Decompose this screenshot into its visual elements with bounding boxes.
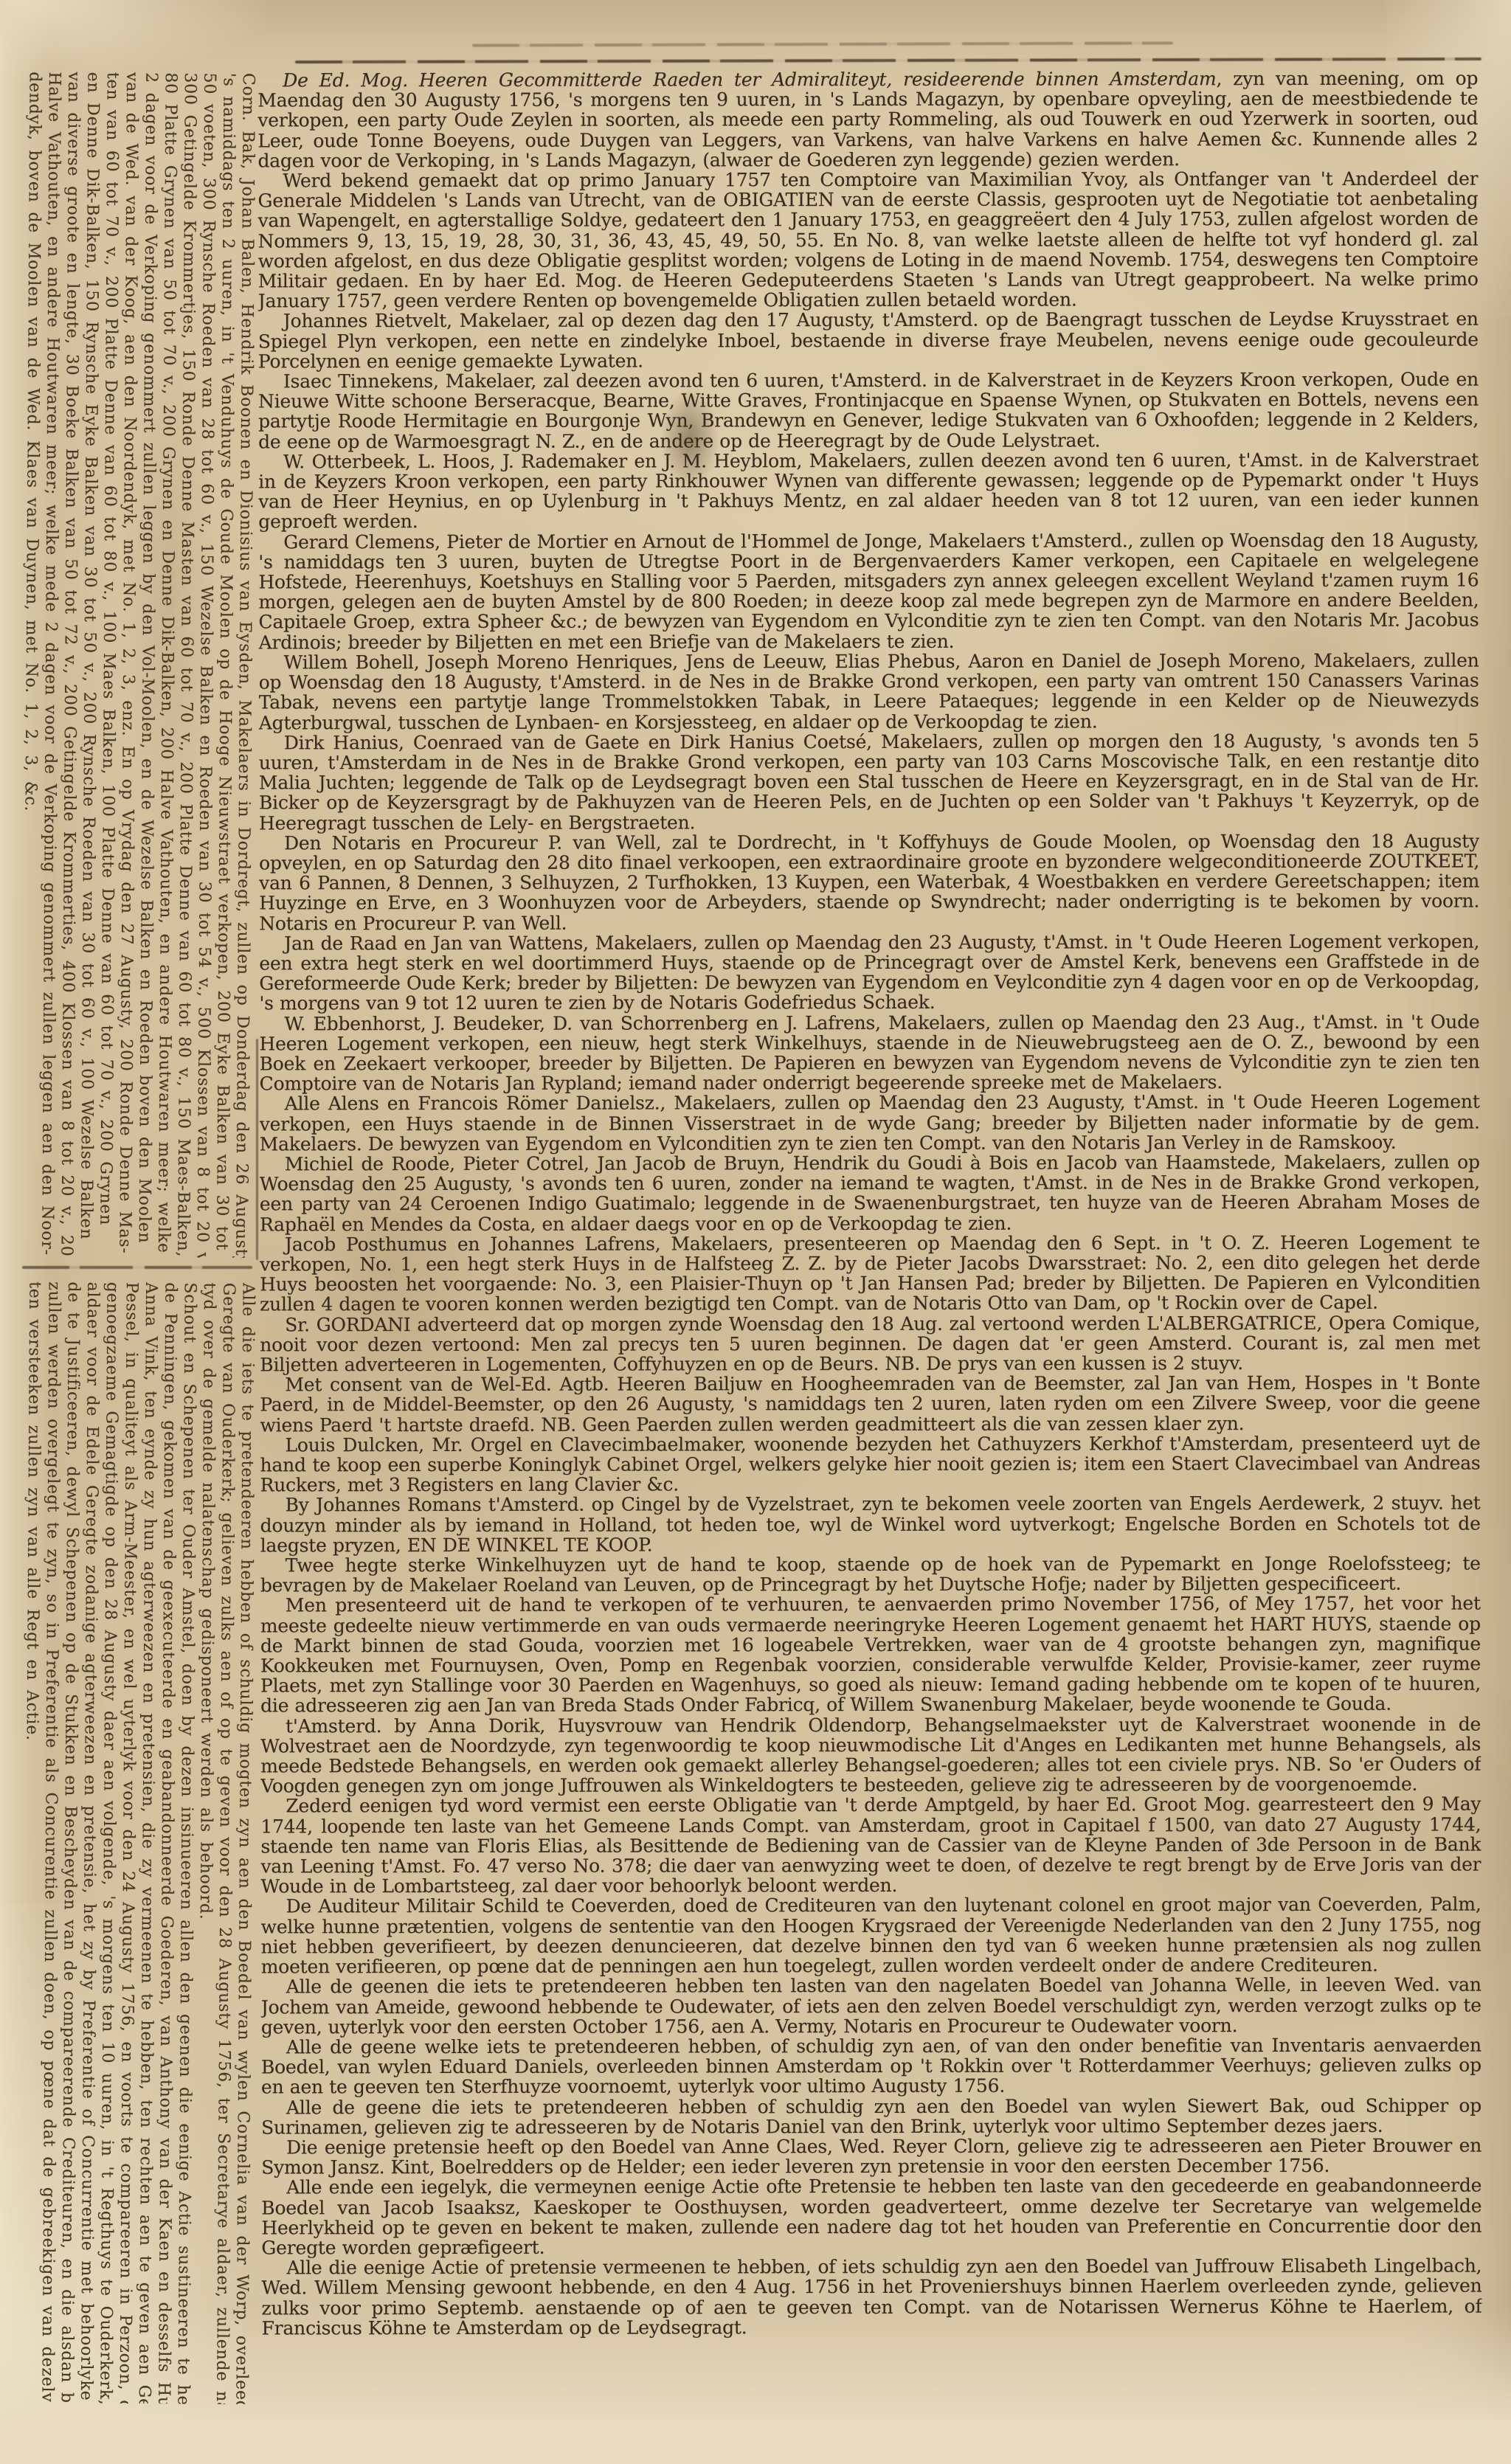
paragraph: Sr. GORDANI adverteerd dat op morgen zyn…	[260, 1312, 1480, 1374]
paragraph: Zederd eenigen tyd word vermist een eers…	[260, 1794, 1481, 1897]
paragraph: Alle Alens en Francois Römer Danielsz., …	[260, 1092, 1480, 1154]
paper-blank-corner-top-left	[0, 0, 266, 81]
paragraph: By Johannes Romans t'Amsterd. op Cingel …	[260, 1493, 1481, 1555]
paragraph: De Auditeur Militair Schild te Coeverden…	[261, 1894, 1481, 1977]
paragraph: Alle ende een iegelyk, die vermeynen een…	[261, 2176, 1481, 2258]
paragraph: Den Notaris en Procureur P. van Well, za…	[259, 831, 1479, 933]
top-border-line-faint	[472, 41, 1173, 46]
paragraph: W. Otterbeek, L. Hoos, J. Rademaker en J…	[258, 449, 1479, 532]
paragraph: Alle de geene die iets te pretendeeren h…	[261, 2095, 1481, 2137]
paragraph: t'Amsterd. by Anna Dorik, Huysvrouw van …	[260, 1714, 1481, 1796]
paragraph: Twee hegte sterke Winkelhuyzen uyt de ha…	[260, 1554, 1481, 1596]
paragraph: Alle de geenen die iets te pretendeeren …	[261, 1975, 1481, 2037]
paragraph: Alle die eenige Actie of pretensie verme…	[261, 2256, 1481, 2339]
paragraph: Gerard Clemens, Pieter de Mortier en Arn…	[258, 530, 1479, 652]
top-border-line	[295, 58, 1481, 63]
paragraph: Men presenteerd uit de hand te verkopen …	[260, 1593, 1481, 1716]
paragraph: Dirk Hanius, Coenraed van de Gaete en Di…	[259, 730, 1479, 833]
paragraph: Alle de geene welke iets te pretendeeren…	[261, 2035, 1481, 2097]
paragraph: Werd bekend gemaekt dat op primo January…	[257, 169, 1478, 311]
paragraph: Jan de Raad en Jan van Wattens, Makelaer…	[259, 931, 1479, 1014]
paragraph: Louis Dulcken, Mr. Orgel en Clavecimbael…	[260, 1433, 1480, 1495]
main-text-column: De Ed. Mog. Heeren Gecommitterde Raeden …	[257, 69, 1482, 2417]
paragraph: Johannes Rietvelt, Makelaer, zal op deze…	[258, 309, 1479, 371]
newspaper-scan-page: { "colors": { "paper": "#d3c09e", "paper…	[0, 0, 1511, 2464]
newspaper-sheet: Corn. Bak, Johan Balen, Hendrik Boonen e…	[0, 0, 1511, 2464]
paragraph: Die eenige pretensie heeft op den Boedel…	[261, 2135, 1481, 2177]
paragraph: Jacob Posthumus en Johannes Lafrens, Mak…	[260, 1232, 1480, 1315]
paragraph: Met consent van de Wel-Ed. Agtb. Heeren …	[260, 1373, 1480, 1435]
margin-vertical-rule	[256, 1039, 258, 1260]
paragraph: Isaec Tinnekens, Makelaer, zal deezen av…	[258, 370, 1479, 452]
rotated-ad-timber-auction: Corn. Bak, Johan Balen, Hendrik Boonen e…	[15, 72, 257, 1258]
rotated-ad-estate-notices: Alle die iets te pretendeeren hebben of …	[15, 1281, 257, 2404]
paragraph: Michiel de Roode, Pieter Cotrel, Jan Jac…	[260, 1152, 1480, 1235]
paragraph: De Ed. Mog. Heeren Gecommitterde Raeden …	[257, 69, 1478, 171]
paragraph: Willem Bohell, Joseph Moreno Henriques, …	[259, 650, 1479, 733]
paragraph: W. Ebbenhorst, J. Beudeker, D. van Schor…	[259, 1011, 1479, 1094]
margin-divider-line	[22, 1266, 252, 1269]
